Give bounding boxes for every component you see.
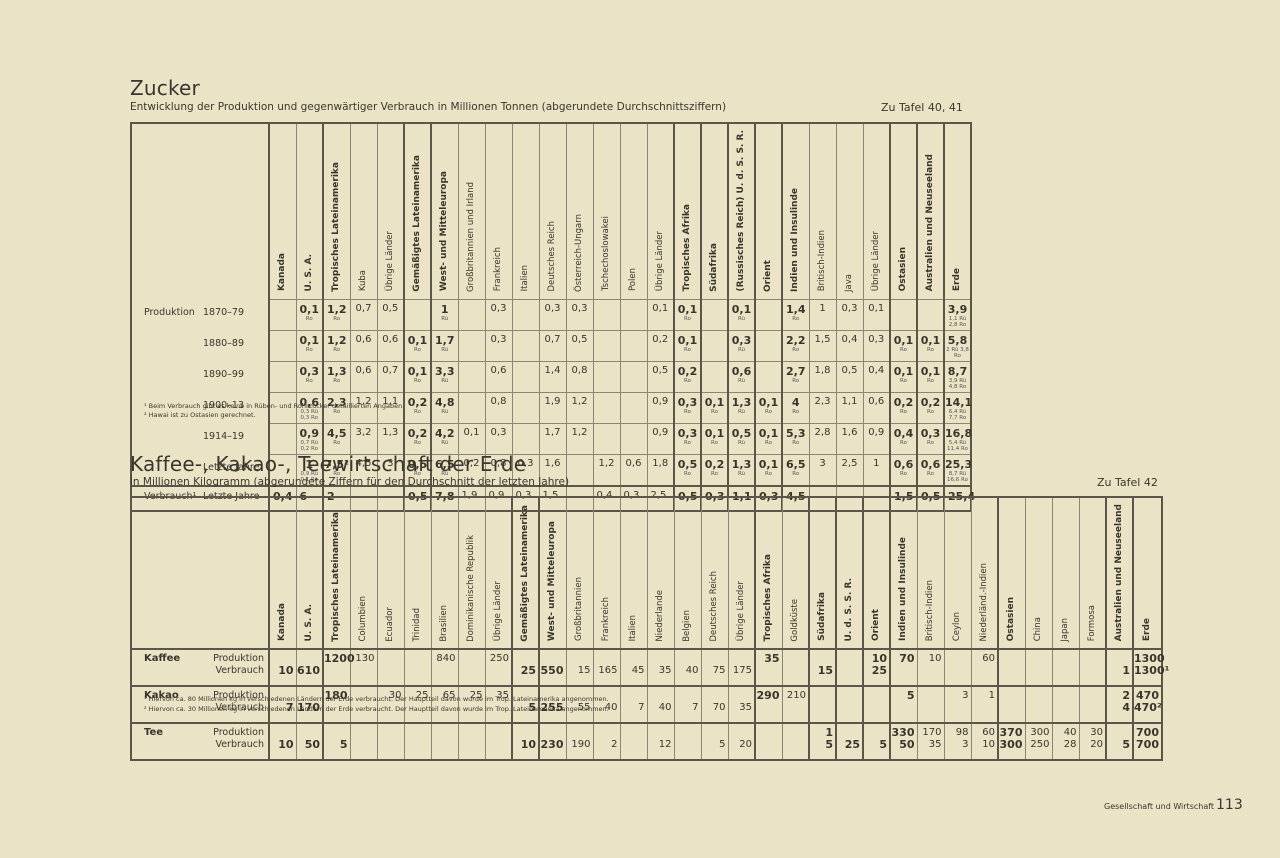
kaffee-cell: [1025, 686, 1052, 723]
zucker-header-blank: [131, 123, 269, 299]
kaffee-footnote-1: ¹ Hiervon ca. 80 Millionen kg in verschi…: [144, 695, 609, 703]
kaffee-cell: [674, 723, 701, 760]
zucker-cell: 0,4: [863, 361, 890, 392]
zucker-cell: 0,1Ro: [917, 361, 944, 392]
kaffee-cell: [998, 649, 1025, 686]
zucker-cell: 0,3: [485, 299, 512, 330]
zucker-cell: 0,1Ro: [755, 423, 782, 454]
zucker-cell: 1,4Ro: [782, 299, 809, 330]
kaffee-cell: 5: [1106, 723, 1133, 760]
zucker-cell: 0,3Ro: [917, 423, 944, 454]
zucker-col-header: Tropisches Afrika: [674, 123, 701, 299]
kaffee-cell: [377, 649, 404, 686]
zucker-cell: [269, 330, 296, 361]
zucker-cell: 0,8: [485, 392, 512, 423]
zucker-cell: 25,38,7 Rü 16,6 Ro: [944, 454, 971, 486]
kaffee-cell: 1: [971, 686, 998, 723]
kaffee-col-header: Großbritannien: [566, 497, 593, 649]
kaffee-col-header: West- und Mitteleuropa: [539, 497, 566, 649]
zucker-cell: 1: [863, 454, 890, 486]
zucker-cell: 1,3Ro: [323, 361, 350, 392]
kaffee-cell: 13001300¹: [1133, 649, 1162, 686]
kaffee-cell: [944, 649, 971, 686]
zucker-cell: 0,1Ro: [296, 330, 323, 361]
kaffee-cell: [1052, 686, 1079, 723]
zucker-cell: 4Ro: [782, 392, 809, 423]
kaffee-cell: [620, 723, 647, 760]
kaffee-cell: 40: [674, 649, 701, 686]
kaffee-cell: 24: [1106, 686, 1133, 723]
zucker-cell: 4,5Ro: [323, 423, 350, 454]
zucker-cell: 0,1: [863, 299, 890, 330]
zucker-col-header: Deutsches Reich: [539, 123, 566, 299]
zucker-cell: 0,3: [566, 299, 593, 330]
zucker-cell: 1,9: [539, 392, 566, 423]
zucker-cell: 0,7: [350, 299, 377, 330]
zucker-cell: 0,3: [485, 423, 512, 454]
zucker-cell: 2,5: [836, 454, 863, 486]
zucker-cell: 3,91,1 Rü 2,8 Ro: [944, 299, 971, 330]
product-name: Kaffee: [131, 649, 199, 686]
kaffee-cell: 7: [674, 686, 701, 723]
zucker-cell: 0,1Ro: [674, 299, 701, 330]
kaffee-col-header: Columbien: [350, 497, 377, 649]
zucker-row: 1880–890,1Ro1,2Ro0,60,60,1Ro1,7Rü0,30,70…: [131, 330, 971, 361]
zucker-row: 1914–190,90,7 Rü 0,2 Ro4,5Ro3,21,30,2Ro4…: [131, 423, 971, 454]
zucker-col-header: Südafrika: [701, 123, 728, 299]
zucker-cell: 0,2Ro: [917, 392, 944, 423]
kaffee-cell: [1079, 649, 1106, 686]
zucker-cell: 0,7: [377, 361, 404, 392]
zucker-cell: [593, 361, 620, 392]
zucker-cell: 0,3: [863, 330, 890, 361]
kaffee-cell: 3020: [1079, 723, 1106, 760]
zucker-cell: 0,6Ro: [890, 454, 917, 486]
kaffee-cell: 5: [323, 723, 350, 760]
zucker-col-header: Polen: [620, 123, 647, 299]
zucker-cell: 0,6: [350, 330, 377, 361]
zucker-cell: 1,8: [809, 361, 836, 392]
zucker-cell: [269, 423, 296, 454]
kaffee-cell: 25: [512, 649, 539, 686]
zucker-row: Produktion1870–790,1Ro1,2Ro0,70,51Rü0,30…: [131, 299, 971, 330]
zucker-cell: [269, 299, 296, 330]
kaffee-cell: 12: [647, 723, 674, 760]
kaffee-col-header: Gemäßigtes Lateinamerika: [512, 497, 539, 649]
zucker-cell: [404, 299, 431, 330]
kaffee-col-header: Britisch-Indien: [917, 497, 944, 649]
zucker-cell: [458, 330, 485, 361]
zucker-cell: 1Rü: [431, 299, 458, 330]
zucker-cell: 0,4: [836, 330, 863, 361]
zucker-cell: 0,6: [377, 330, 404, 361]
zucker-cell: 0,1: [458, 423, 485, 454]
zucker-cell: 0,3Ro: [296, 361, 323, 392]
zucker-cell: [620, 330, 647, 361]
zucker-cell: 0,2: [647, 330, 674, 361]
zucker-cell: 0,1Ro: [701, 423, 728, 454]
zucker-cell: 3,2: [350, 423, 377, 454]
zucker-cell: [620, 361, 647, 392]
kaffee-col-header: Deutsches Reich: [701, 497, 728, 649]
kaffee-col-header: Belgien: [674, 497, 701, 649]
zucker-cell: 0,1Ro: [755, 454, 782, 486]
kaffee-cell: 1: [1106, 649, 1133, 686]
kaffee-cell: 175: [728, 649, 755, 686]
zucker-title: Zucker: [130, 76, 200, 100]
kaffee-cell: [755, 723, 782, 760]
zucker-cell: 1: [809, 299, 836, 330]
zucker-cell: 0,1Ro: [404, 330, 431, 361]
zucker-cell: 2,8: [809, 423, 836, 454]
kaffee-col-header: Ostasien: [998, 497, 1025, 649]
zucker-cell: 0,8: [566, 361, 593, 392]
zucker-cell: 0,9: [647, 423, 674, 454]
zucker-cell: [755, 299, 782, 330]
zucker-cell: [512, 299, 539, 330]
page-number: 113: [1216, 797, 1243, 813]
kaffee-cell: 10: [269, 723, 296, 760]
zucker-col-header: Übrige Länder: [377, 123, 404, 299]
zucker-cell: 8,73,9 Rü 4,8 Ro: [944, 361, 971, 392]
zucker-cell: 0,2Ro: [890, 392, 917, 423]
zucker-col-header: Gemäßigtes Lateinamerika: [404, 123, 431, 299]
zucker-cell: 2,7Ro: [782, 361, 809, 392]
zucker-cell: 0,6: [620, 454, 647, 486]
kaffee-col-header: Südafrika: [809, 497, 836, 649]
kaffee-col-header: Indien und Insulinde: [890, 497, 917, 649]
kaffee-cell: [458, 723, 485, 760]
kaffee-cell: 3: [944, 686, 971, 723]
zucker-cell: 1,2: [566, 392, 593, 423]
kaffee-col-header: Dominikanische Republik: [458, 497, 485, 649]
zucker-cell: [755, 330, 782, 361]
kaffee-subtitle: in Millionen Kilogramm (abgerundete Ziff…: [130, 476, 569, 488]
zucker-col-header: Erde: [944, 123, 971, 299]
kaffee-cell: 45: [620, 649, 647, 686]
zucker-cell: 5,3Ro: [782, 423, 809, 454]
measure-labels: ProduktionVerbrauch: [199, 649, 269, 686]
kaffee-cell: [1025, 649, 1052, 686]
zucker-cell: [917, 299, 944, 330]
kaffee-cell: 300250: [1025, 723, 1052, 760]
kaffee-cell: [863, 686, 890, 723]
zucker-subtitle: Entwicklung der Produktion und gegenwärt…: [130, 101, 726, 113]
kaffee-col-header: Kanada: [269, 497, 296, 649]
kaffee-col-header: Niederlande: [647, 497, 674, 649]
kaffee-cell: 700700: [1133, 723, 1162, 760]
kaffee-col-header: Japan: [1052, 497, 1079, 649]
zucker-col-header: Übrige Länder: [647, 123, 674, 299]
zucker-cell: 0,5: [836, 361, 863, 392]
zucker-cell: 0,1Ro: [755, 392, 782, 423]
zucker-cell: 0,3Rü: [728, 330, 755, 361]
kaffee-title: Kaffee-, Kakao-, Teewirtschaft der Erde: [130, 452, 526, 476]
zucker-footnote-2: ² Hawai ist zu Ostasien gerechnet.: [144, 411, 256, 419]
zucker-cell: [269, 361, 296, 392]
kaffee-col-header: U. S. A.: [296, 497, 323, 649]
zucker-col-header: Großbritannien und Irland: [458, 123, 485, 299]
zucker-col-header: Orient: [755, 123, 782, 299]
kaffee-cell: 5: [863, 723, 890, 760]
zucker-cell: 0,3Ro: [674, 392, 701, 423]
zucker-cell: 0,9: [647, 392, 674, 423]
zucker-cell: 0,6: [350, 361, 377, 392]
zucker-cell: 2,3: [809, 392, 836, 423]
zucker-cell: 0,6: [485, 361, 512, 392]
zucker-cell: 0,7: [539, 330, 566, 361]
zucker-cell: 0,3: [539, 299, 566, 330]
zucker-cell: 0,5: [377, 299, 404, 330]
kaffee-cell: 20: [728, 723, 755, 760]
zucker-col-header: West- und Mitteleuropa: [431, 123, 458, 299]
zucker-cell: 1,2: [566, 423, 593, 454]
kaffee-cell: 70: [701, 686, 728, 723]
kaffee-col-header: China: [1025, 497, 1052, 649]
kaffee-cell: 25: [836, 723, 863, 760]
zucker-cell: 6,5Ro: [782, 454, 809, 486]
kaffee-cell: 983: [944, 723, 971, 760]
zucker-cell: 0,1Ro: [890, 361, 917, 392]
zucker-cell: [620, 299, 647, 330]
zucker-cell: 0,3Ro: [674, 423, 701, 454]
kaffee-cell: 6010: [971, 723, 998, 760]
kaffee-cell: 5: [890, 686, 917, 723]
zucker-cell: 4,8Rü: [431, 392, 458, 423]
zucker-cell: [458, 361, 485, 392]
zucker-cell: 0,5Ro: [674, 454, 701, 486]
kaffee-col-header: Tropisches Afrika: [755, 497, 782, 649]
zucker-cell: 1,5: [809, 330, 836, 361]
kaffee-cell: [404, 723, 431, 760]
row-group-label: [131, 361, 197, 392]
zucker-cell: [620, 423, 647, 454]
zucker-cell: 0,6Ro: [917, 454, 944, 486]
zucker-cell: [890, 299, 917, 330]
zucker-cell: 5,82 Rü 3,8 Ro: [944, 330, 971, 361]
kaffee-col-header: Erde: [1133, 497, 1162, 649]
kaffee-cell: [404, 649, 431, 686]
zucker-cell: 1,6: [836, 423, 863, 454]
kaffee-footnote-2: ² Hiervon ca. 30 Millionen kg in verschi…: [144, 705, 609, 713]
zucker-cell: 0,1Rü: [728, 299, 755, 330]
kaffee-header-blank: [131, 497, 269, 649]
zucker-cell: 1,2Ro: [323, 299, 350, 330]
zucker-cell: [620, 392, 647, 423]
zucker-cell: [458, 299, 485, 330]
kaffee-cell: 10: [512, 723, 539, 760]
zucker-col-header: Kuba: [350, 123, 377, 299]
kaffee-cell: 60: [971, 649, 998, 686]
zucker-cell: [593, 299, 620, 330]
row-group-label: [131, 423, 197, 454]
zucker-cell: [566, 454, 593, 486]
zucker-cell: [593, 330, 620, 361]
zucker-cell: 3,3Rü: [431, 361, 458, 392]
kaffee-cell: 370300: [998, 723, 1025, 760]
zucker-cell: 0,1Ro: [404, 361, 431, 392]
zucker-cell: 0,2Ro: [404, 423, 431, 454]
zucker-cell: 0,1Ro: [674, 330, 701, 361]
zucker-cell: 0,3: [836, 299, 863, 330]
zucker-col-header: Italien: [512, 123, 539, 299]
zucker-col-header: Österreich-Ungarn: [566, 123, 593, 299]
zucker-cell: [593, 392, 620, 423]
product-name: Tee: [131, 723, 199, 760]
zucker-cell: 14,16,4 Rü 7,7 Ro: [944, 392, 971, 423]
zucker-cell: 0,1Ro: [701, 392, 728, 423]
zucker-cell: 0,2Ro: [701, 454, 728, 486]
zucker-cell: 0,5: [566, 330, 593, 361]
kaffee-cell: 840: [431, 649, 458, 686]
zucker-tafel-ref: Zu Tafel 40, 41: [881, 101, 963, 114]
book-page: Zucker Entwicklung der Produktion und ge…: [0, 0, 1280, 858]
kaffee-cell: [836, 686, 863, 723]
zucker-cell: 0,2Ro: [674, 361, 701, 392]
kaffee-cell: [998, 686, 1025, 723]
kaffee-cell: 1200: [323, 649, 350, 686]
zucker-col-header: Java: [836, 123, 863, 299]
zucker-col-header: Übrige Länder: [863, 123, 890, 299]
kaffee-col-header: Goldküste: [782, 497, 809, 649]
zucker-cell: [701, 299, 728, 330]
zucker-cell: 0,4Ro: [890, 423, 917, 454]
zucker-col-header: Ostasien: [890, 123, 917, 299]
row-group-label: Produktion: [131, 299, 197, 330]
kaffee-col-header: Ecuador: [377, 497, 404, 649]
kaffee-cell: 550: [539, 649, 566, 686]
kaffee-tafel-ref: Zu Tafel 42: [1097, 476, 1158, 489]
kaffee-cell: 7: [620, 686, 647, 723]
kaffee-col-header: Niederländ.-Indien: [971, 497, 998, 649]
kaffee-cell: 610: [296, 649, 323, 686]
zucker-col-header: Indien und Insulinde: [782, 123, 809, 299]
zucker-cell: 1,1: [836, 392, 863, 423]
zucker-cell: 0,1: [647, 299, 674, 330]
kaffee-cell: 10: [269, 649, 296, 686]
zucker-cell: 3: [809, 454, 836, 486]
zucker-cell: 0,5Rü: [728, 423, 755, 454]
kaffee-cell: 17035: [917, 723, 944, 760]
measure-labels: ProduktionVerbrauch: [199, 723, 269, 760]
row-period-label: 1870–79: [197, 299, 269, 330]
kaffee-col-header: Tropisches Lateinamerika: [323, 497, 350, 649]
product-row-tee: TeeProduktionVerbrauch 10 50 5 10 230 19…: [131, 723, 1162, 760]
kaffee-cell: 1025: [863, 649, 890, 686]
zucker-cell: [701, 330, 728, 361]
kaffee-cell: 230: [539, 723, 566, 760]
zucker-cell: 1,3Rü: [728, 454, 755, 486]
kaffee-cell: 290: [755, 686, 782, 723]
kaffee-cell: [458, 649, 485, 686]
row-group-label: [131, 330, 197, 361]
zucker-cell: 0,2Ro: [404, 392, 431, 423]
kaffee-cell: [377, 723, 404, 760]
kaffee-col-header: U. d. S. S. R.: [836, 497, 863, 649]
kaffee-cell: [782, 649, 809, 686]
kaffee-cell: [431, 723, 458, 760]
zucker-cell: 0,1Ro: [296, 299, 323, 330]
zucker-col-header: Australien und Neuseeland: [917, 123, 944, 299]
kaffee-col-header: Brasilien: [431, 497, 458, 649]
zucker-col-header: Tschechoslowakei: [593, 123, 620, 299]
kaffee-cell: 190: [566, 723, 593, 760]
zucker-cell: [512, 361, 539, 392]
kaffee-col-header: Orient: [863, 497, 890, 649]
kaffee-cell: 470470²: [1133, 686, 1162, 723]
row-period-label: 1914–19: [197, 423, 269, 454]
zucker-cell: 0,9: [863, 423, 890, 454]
zucker-cell: 1,7: [539, 423, 566, 454]
kaffee-col-header: Formosa: [1079, 497, 1106, 649]
zucker-col-header: Frankreich: [485, 123, 512, 299]
zucker-cell: [458, 392, 485, 423]
zucker-row: 1890–990,3Ro1,3Ro0,60,70,1Ro3,3Rü0,61,40…: [131, 361, 971, 392]
kaffee-cell: [917, 686, 944, 723]
kaffee-cell: 2: [593, 723, 620, 760]
row-period-label: 1880–89: [197, 330, 269, 361]
kaffee-cell: 250: [485, 649, 512, 686]
kaffee-cell: 35: [728, 686, 755, 723]
kaffee-col-header: Australien und Neuseeland: [1106, 497, 1133, 649]
zucker-cell: 1,2: [593, 454, 620, 486]
zucker-cell: 1,7Rü: [431, 330, 458, 361]
zucker-cell: 1,4: [539, 361, 566, 392]
kaffee-cell: 33050: [890, 723, 917, 760]
kaffee-col-header: Ceylon: [944, 497, 971, 649]
kaffee-cell: 15: [809, 723, 836, 760]
zucker-cell: [512, 392, 539, 423]
zucker-cell: 0,3: [485, 330, 512, 361]
kaffee-col-header: Übrige Länder: [485, 497, 512, 649]
zucker-cell: 2,2Ro: [782, 330, 809, 361]
kaffee-cell: [782, 723, 809, 760]
kaffee-col-header: Übrige Länder: [728, 497, 755, 649]
kaffee-cell: 75: [701, 649, 728, 686]
zucker-cell: 0,90,7 Rü 0,2 Ro: [296, 423, 323, 454]
kaffee-cell: [836, 649, 863, 686]
zucker-cell: 1,2Ro: [323, 330, 350, 361]
kaffee-cell: 165: [593, 649, 620, 686]
page-section-footer: Gesellschaft und Wirtschaft: [1104, 802, 1214, 811]
kaffee-cell: 70: [890, 649, 917, 686]
kaffee-cell: 5: [701, 723, 728, 760]
kaffee-table: KanadaU. S. A.Tropisches LateinamerikaCo…: [130, 496, 1163, 761]
kaffee-cell: [809, 686, 836, 723]
zucker-cell: 1,8: [647, 454, 674, 486]
kaffee-cell: 40: [647, 686, 674, 723]
kaffee-cell: [1052, 649, 1079, 686]
zucker-cell: 0,1Ro: [917, 330, 944, 361]
kaffee-col-header: Italien: [620, 497, 647, 649]
kaffee-cell: 50: [296, 723, 323, 760]
zucker-cell: 0,5: [647, 361, 674, 392]
kaffee-cell: 35: [755, 649, 782, 686]
zucker-cell: 4,2Rü: [431, 423, 458, 454]
kaffee-cell: [350, 723, 377, 760]
kaffee-col-header: Frankreich: [593, 497, 620, 649]
zucker-col-header: Kanada: [269, 123, 296, 299]
zucker-cell: 16,85,4 Rü 11,4 Ro: [944, 423, 971, 454]
kaffee-cell: 15: [809, 649, 836, 686]
kaffee-cell: 15: [566, 649, 593, 686]
zucker-cell: [755, 361, 782, 392]
zucker-footnote-1: ¹ Beim Verbrauch gibt es keine in Rüben-…: [144, 402, 404, 410]
product-row-kaffee: KaffeeProduktionVerbrauch 10 6101200 130…: [131, 649, 1162, 686]
kaffee-cell: [1079, 686, 1106, 723]
kaffee-cell: 10: [917, 649, 944, 686]
zucker-cell: 1,3: [377, 423, 404, 454]
